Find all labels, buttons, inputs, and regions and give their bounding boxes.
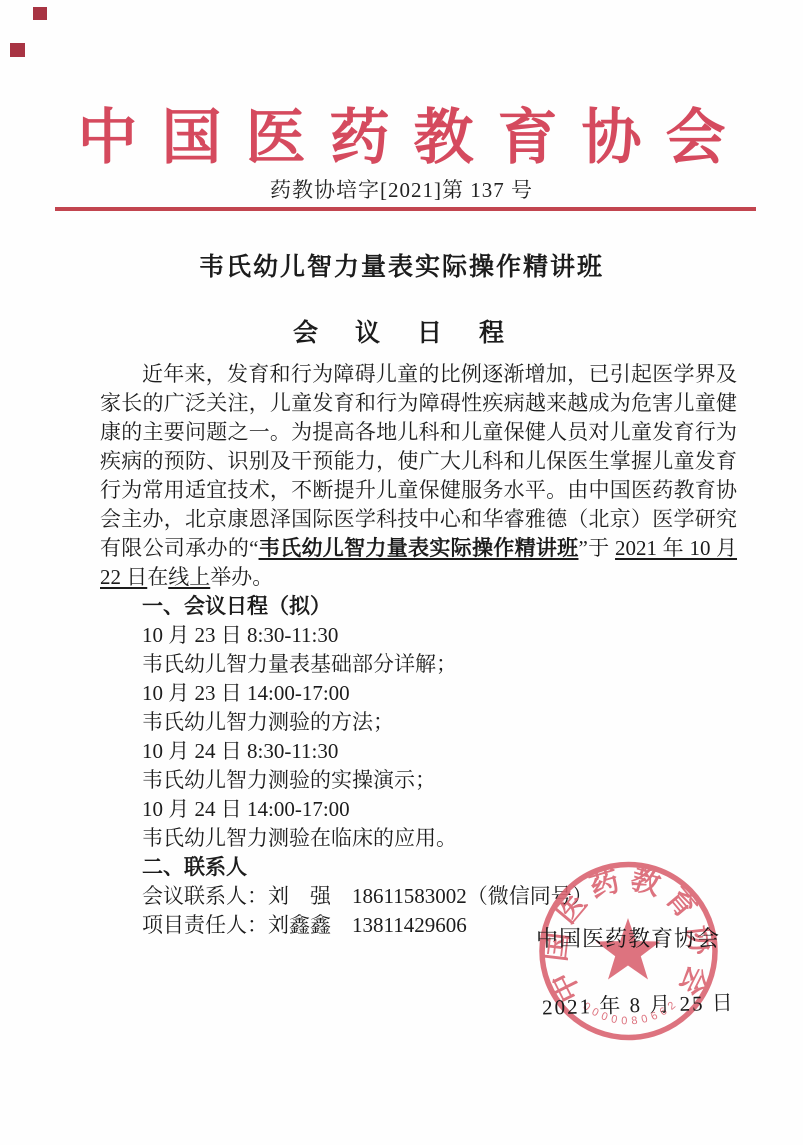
schedule-line: 10 月 23 日 8:30-11:30 — [100, 621, 737, 650]
intro-text-segment: ”于 — [579, 536, 616, 560]
org-name-header: 中国医药教育协会 — [0, 90, 803, 176]
schedule-line: 10 月 24 日 14:00-17:00 — [100, 795, 737, 824]
intro-paragraph: 近年来，发育和行为障碍儿童的比例逐渐增加，已引起医学界及家长的广泛关注，儿童发育… — [100, 360, 737, 592]
intro-text-segment: 举办。 — [210, 565, 273, 589]
schedule-line: 韦氏幼儿智力测验的方法； — [100, 708, 737, 737]
schedule-line: 10 月 23 日 14:00-17:00 — [100, 679, 737, 708]
notice-title: 韦氏幼儿智力量表实际操作精讲班 — [0, 247, 803, 283]
doc-number: 药教协培字[2021]第 137 号 — [0, 174, 803, 204]
signature-org: 中国医药教育协会 — [536, 922, 720, 953]
agenda-heading: 会 议 日 程 — [0, 313, 803, 349]
document-body: 近年来，发育和行为障碍儿童的比例逐渐增加，已引起医学界及家长的广泛关注，儿童发育… — [100, 360, 737, 940]
schedule-line: 韦氏幼儿智力测验在临床的应用。 — [100, 824, 737, 853]
schedule-line: 韦氏幼儿智力量表基础部分详解； — [100, 650, 737, 679]
schedule-line: 韦氏幼儿智力测验的实操演示； — [100, 766, 737, 795]
document-page: 中国医药教育协会 药教协培字[2021]第 137 号 韦氏幼儿智力量表实际操作… — [0, 0, 803, 1145]
schedule-line: 10 月 24 日 8:30-11:30 — [100, 737, 737, 766]
intro-text-segment: 线上 — [168, 565, 210, 589]
signature-date: 2021 年 8 月 25 日 — [542, 986, 735, 1021]
intro-text-segment: 近年来，发育和行为障碍儿童的比例逐渐增加，已引起医学界及家长的广泛关注，儿童发育… — [100, 362, 737, 560]
header-rule — [55, 207, 756, 211]
intro-text-segment: 韦氏幼儿智力量表实际操作精讲班 — [259, 536, 579, 560]
schedule-heading: 一、会议日程（拟） — [100, 592, 737, 621]
scan-artifact — [33, 7, 47, 20]
scan-artifact — [10, 43, 25, 57]
intro-text-segment: 在 — [147, 565, 168, 589]
